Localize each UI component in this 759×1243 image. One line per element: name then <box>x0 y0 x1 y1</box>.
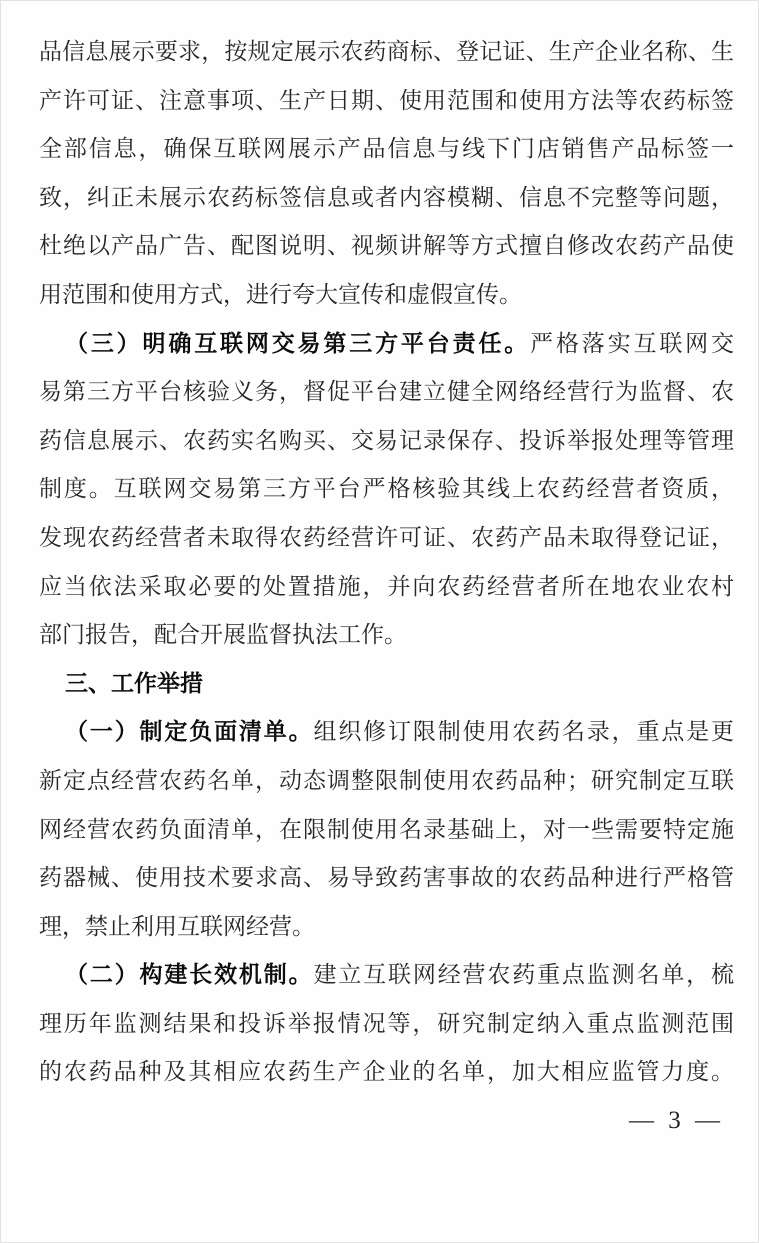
text-line: 全部信息，确保互联网展示产品信息与线下门店销售产品标签一 <box>39 125 734 174</box>
text-line: （二）构建长效机制。建立互联网经营农药重点监测名单，梳 <box>39 951 734 1000</box>
paragraph-lead-rest: 严格落实互联网交 <box>530 331 734 356</box>
paragraph-lead: （二）构建长效机制。 <box>65 962 313 987</box>
paragraph: （二）构建长效机制。建立互联网经营农药重点监测名单，梳 理历年监测结果和投诉举报… <box>39 951 734 1097</box>
paragraph-lead-rest: 组织修订限制使用农药名录，重点是更 <box>313 719 734 744</box>
paragraph: 品信息展示要求，按规定展示农药商标、登记证、生产企业名称、生 产许可证、注意事项… <box>39 28 734 320</box>
text-line: 用范围和使用方式，进行夸大宣传和虚假宣传。 <box>39 271 734 320</box>
text-line: 易第三方平台核验义务，督促平台建立健全网络经营行为监督、农 <box>39 368 734 417</box>
text-line: 网经营农药负面清单，在限制使用名录基础上，对一些需要特定施 <box>39 806 734 855</box>
paragraph: （三）明确互联网交易第三方平台责任。严格落实互联网交 易第三方平台核验义务，督促… <box>39 320 734 660</box>
text-line: 品信息展示要求，按规定展示农药商标、登记证、生产企业名称、生 <box>39 28 734 77</box>
text-line: 药器械、使用技术要求高、易导致药害事故的农药品种进行严格管 <box>39 854 734 903</box>
text-line: 致，纠正未展示农药标签信息或者内容模糊、信息不完整等问题， <box>39 174 734 223</box>
text-line: 新定点经营农药名单，动态调整限制使用农药品种；研究制定互联 <box>39 757 734 806</box>
text-line: 部门报告，配合开展监督执法工作。 <box>39 611 734 660</box>
text-line: 理历年监测结果和投诉举报情况等，研究制定纳入重点监测范围 <box>39 1000 734 1049</box>
document-page: 品信息展示要求，按规定展示农药商标、登记证、生产企业名称、生 产许可证、注意事项… <box>0 0 759 1243</box>
text-line: 杜绝以产品广告、配图说明、视频讲解等方式擅自修改农药产品使 <box>39 222 734 271</box>
paragraph-lead-rest: 建立互联网经营农药重点监测名单，梳 <box>313 962 734 987</box>
paragraph-lead: （一）制定负面清单。 <box>65 719 313 744</box>
paragraph: （一）制定负面清单。组织修订限制使用农药名录，重点是更 新定点经营农药名单，动态… <box>39 708 734 951</box>
text-line: 理，禁止利用互联网经营。 <box>39 903 734 952</box>
section-heading: 三、工作举措 <box>39 660 734 709</box>
text-line: （一）制定负面清单。组织修订限制使用农药名录，重点是更 <box>39 708 734 757</box>
text-line: 的农药品种及其相应农药生产企业的名单，加大相应监管力度。 <box>39 1048 734 1097</box>
paragraph-lead: （三）明确互联网交易第三方平台责任。 <box>65 331 530 356</box>
text-line: 产许可证、注意事项、生产日期、使用范围和使用方法等农药标签 <box>39 77 734 126</box>
text-line: 药信息展示、农药实名购买、交易记录保存、投诉举报处理等管理 <box>39 417 734 466</box>
text-line: 制度。互联网交易第三方平台严格核验其线上农药经营者资质， <box>39 465 734 514</box>
text-line: 发现农药经营者未取得农药经营许可证、农药产品未取得登记证， <box>39 514 734 563</box>
text-line: （三）明确互联网交易第三方平台责任。严格落实互联网交 <box>39 320 734 369</box>
text-line: 应当依法采取必要的处置措施，并向农药经营者所在地农业农村 <box>39 563 734 612</box>
page-number: — 3 — <box>39 1097 734 1146</box>
